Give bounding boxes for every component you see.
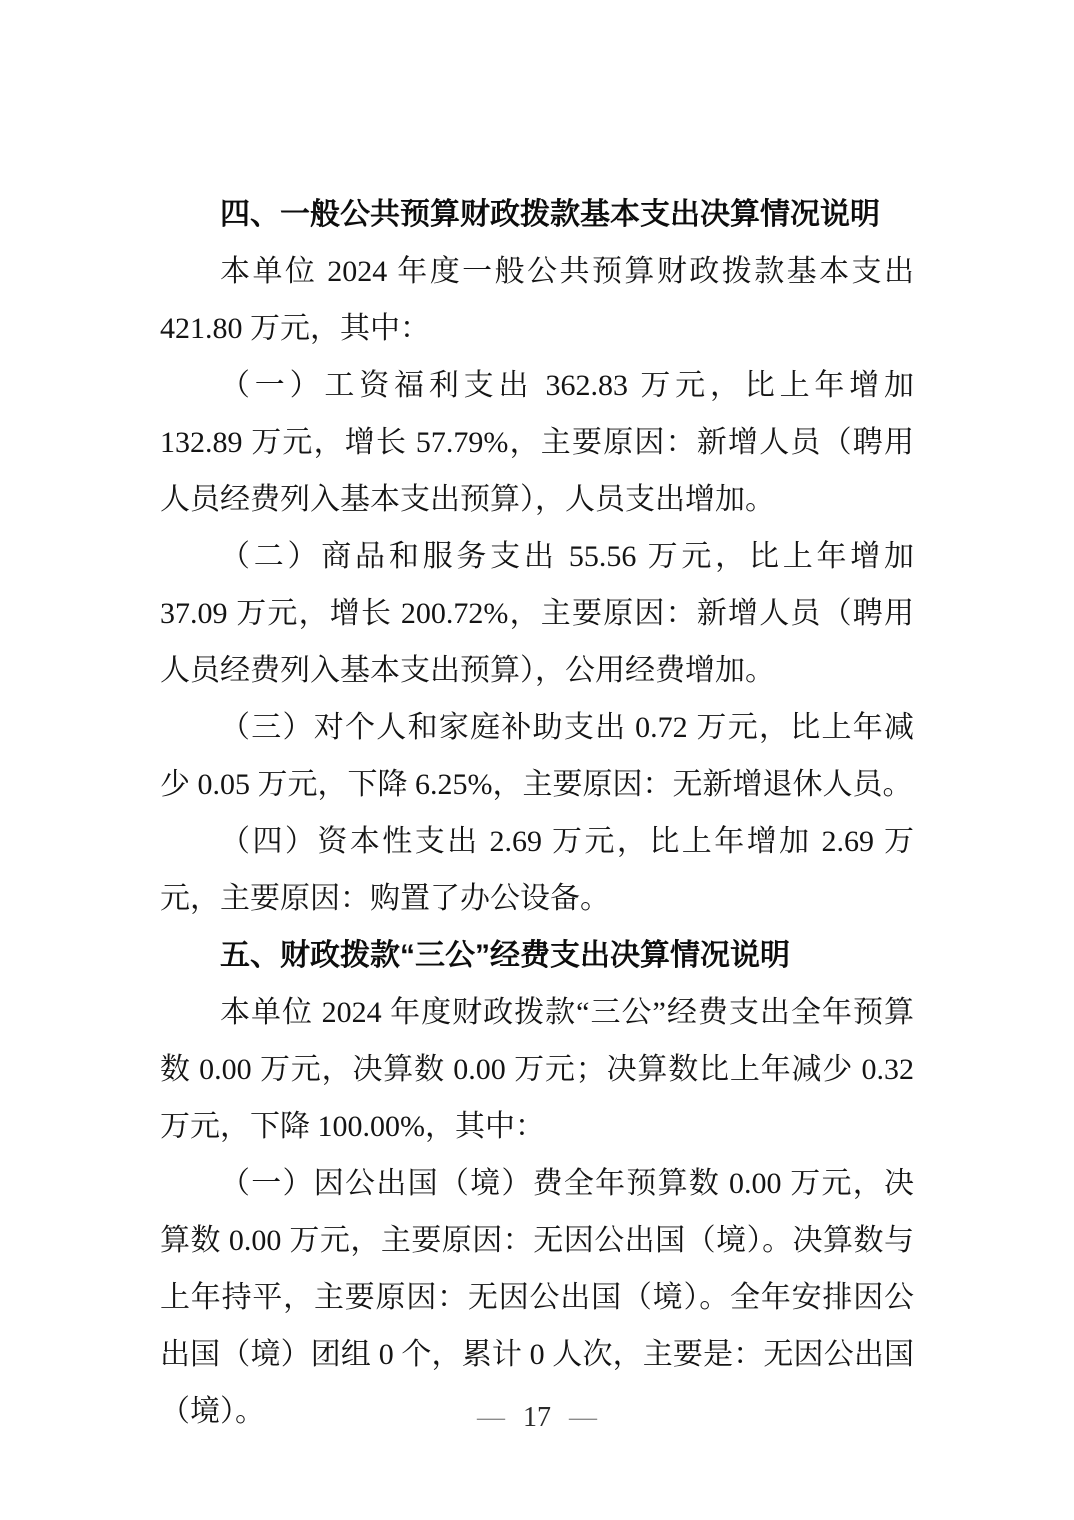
section-4-item-4-paragraph: （四）资本性支出 2.69 万元，比上年增加 2.69 万元，主要原因：购置了办… [160,813,914,927]
section-4-item-2-paragraph: （二）商品和服务支出 55.56 万元，比上年增加 37.09 万元，增长 20… [160,528,914,699]
section-4-heading: 四、一般公共预算财政拨款基本支出决算情况说明 [160,186,914,243]
section-5-intro-paragraph: 本单位 2024 年度财政拨款“三公”经费支出全年预算数 0.00 万元，决算数… [160,984,914,1155]
footer-right-dash: — [569,1402,597,1433]
section-4-item-1-paragraph: （一）工资福利支出 362.83 万元，比上年增加 132.89 万元，增长 5… [160,357,914,528]
document-body: 四、一般公共预算财政拨款基本支出决算情况说明 本单位 2024 年度一般公共预算… [160,186,914,1440]
section-4-intro-paragraph: 本单位 2024 年度一般公共预算财政拨款基本支出 421.80 万元，其中： [160,243,914,357]
page-number: 17 [523,1398,551,1438]
section-4-item-3-paragraph: （三）对个人和家庭补助支出 0.72 万元，比上年减少 0.05 万元，下降 6… [160,699,914,813]
footer-left-dash: — [477,1402,505,1433]
page-footer: —17— [0,1398,1074,1438]
section-5-heading: 五、财政拨款“三公”经费支出决算情况说明 [160,927,914,984]
document-page: 四、一般公共预算财政拨款基本支出决算情况说明 本单位 2024 年度一般公共预算… [0,0,1074,1520]
